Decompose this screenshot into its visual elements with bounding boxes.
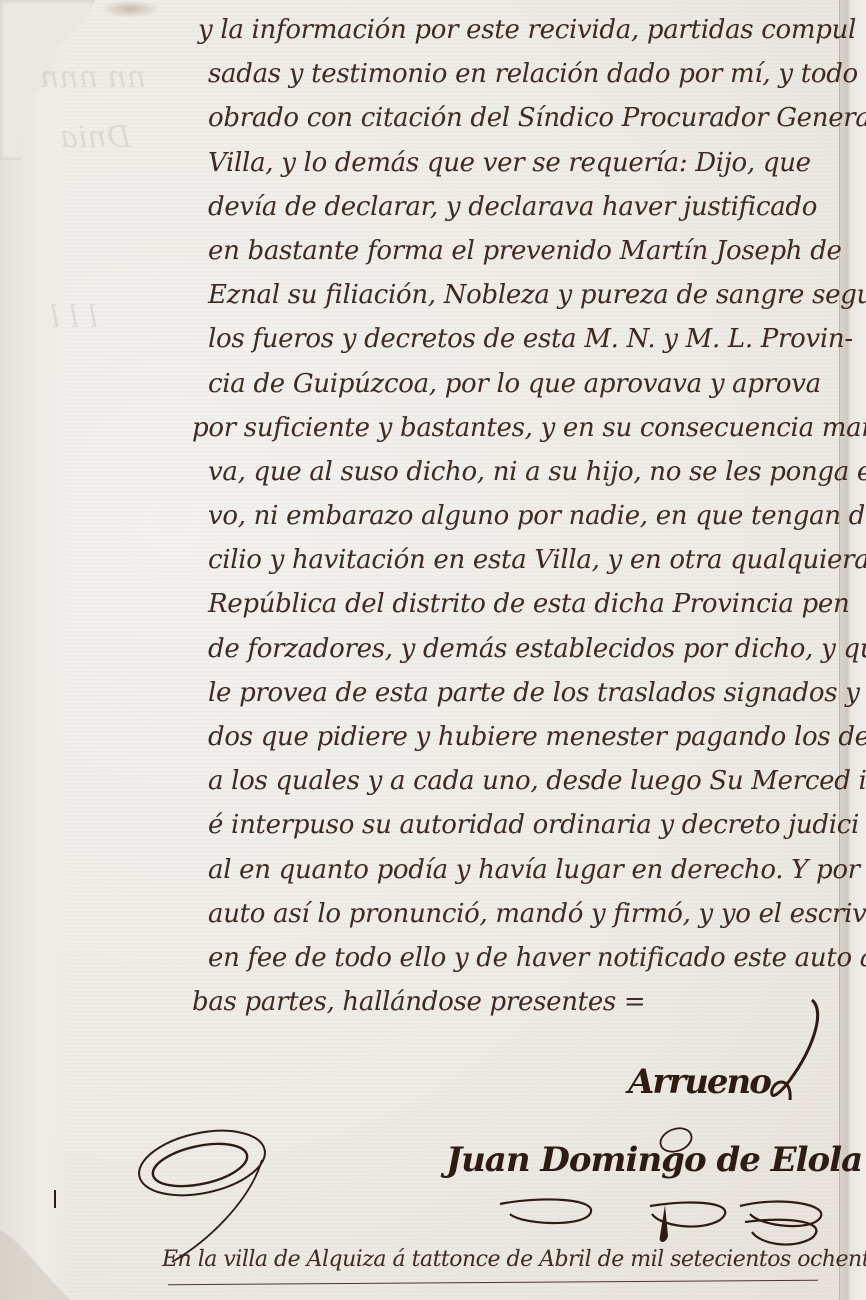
bleed-through: l l l [50,300,98,335]
manuscript-line: é interpuso su autoridad ordinaria y dec… [208,803,848,847]
manuscript-line: los fueros y decretos de esta M. N. y M.… [208,317,848,361]
footer-line: En la villa de Alquiza á tattonce de Abr… [162,1247,862,1272]
manuscript-line: por suficiente y bastantes, y en su cons… [192,406,848,450]
rubric-loop [149,1136,251,1193]
manuscript-body: y la información por este recivida, part… [178,8,848,1024]
rubric-stroke [500,1199,821,1244]
manuscript-line: vo, ni embarazo alguno por nadie, en que… [208,494,848,538]
manuscript-line: le provea de esta parte de los traslados… [208,671,848,715]
manuscript-line: sadas y testimonio en relación dado por … [208,52,848,96]
manuscript-line: bas partes, hallándose presentes = [192,980,848,1024]
manuscript-page: nn nnn Dnia l l l y la información por e… [0,0,866,1300]
manuscript-line: y la información por este recivida, part… [198,8,848,52]
manuscript-line: a los quales y a cada uno, desde luego S… [208,759,848,803]
manuscript-line: en fee de todo ello y de haver notificad… [208,936,848,980]
manuscript-line: obrado con citación del Síndico Procurad… [208,96,848,140]
manuscript-line: auto así lo pronunció, mandó y firmó, y … [208,892,848,936]
manuscript-line: República del distrito de esta dicha Pro… [208,582,848,626]
manuscript-line: de forzadores, y demás establecidos por … [208,627,848,671]
manuscript-line: cilio y havitación en esta Villa, y en o… [208,538,848,582]
manuscript-line: va, que al suso dicho, ni a su hijo, no … [208,450,848,494]
manuscript-line: en bastante forma el prevenido Martín Jo… [208,229,848,273]
manuscript-line: Villa, y lo demás que ver se requería: D… [208,141,848,185]
bleed-through: Dnia [60,120,131,155]
bleed-through: nn nnn [40,60,146,95]
rubric-loop [133,1120,271,1205]
manuscript-line: Eznal su filiación, Nobleza y pureza de … [208,273,848,317]
paper-left-edge [0,0,70,1300]
paper-stain [100,0,160,18]
signature-juan-domingo-de-elola: Juan Domingo de Elola [446,1140,862,1180]
footer-rule [168,1280,818,1286]
manuscript-line: al en quanto podía y havía lugar en dere… [208,848,848,892]
manuscript-line: dos que pidiere y hubiere menester pagan… [208,715,848,759]
rubric-stroke [660,1205,668,1242]
manuscript-line: devía de declarar, y declarava haver jus… [208,185,848,229]
signature-arrueno: Arrueno [628,1062,770,1102]
manuscript-line: cia de Guipúzcoa, por lo que aprovava y … [208,362,848,406]
